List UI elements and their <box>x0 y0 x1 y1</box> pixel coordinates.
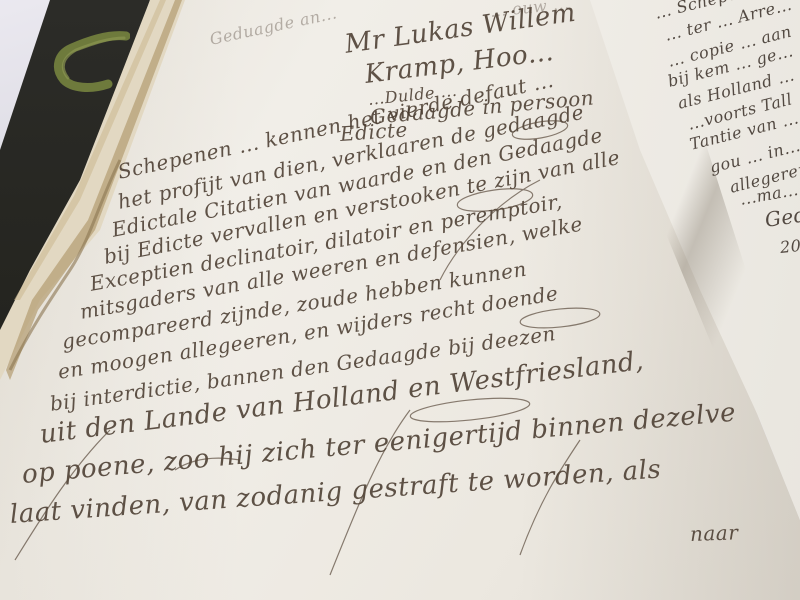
ribbon-bookmark-icon <box>50 28 130 98</box>
manuscript-photo: Geduagde an... ... ouw ... Mr Lukas Will… <box>0 0 800 600</box>
body-line: naar <box>690 520 739 546</box>
right-page-line: 20... <box>779 234 800 257</box>
